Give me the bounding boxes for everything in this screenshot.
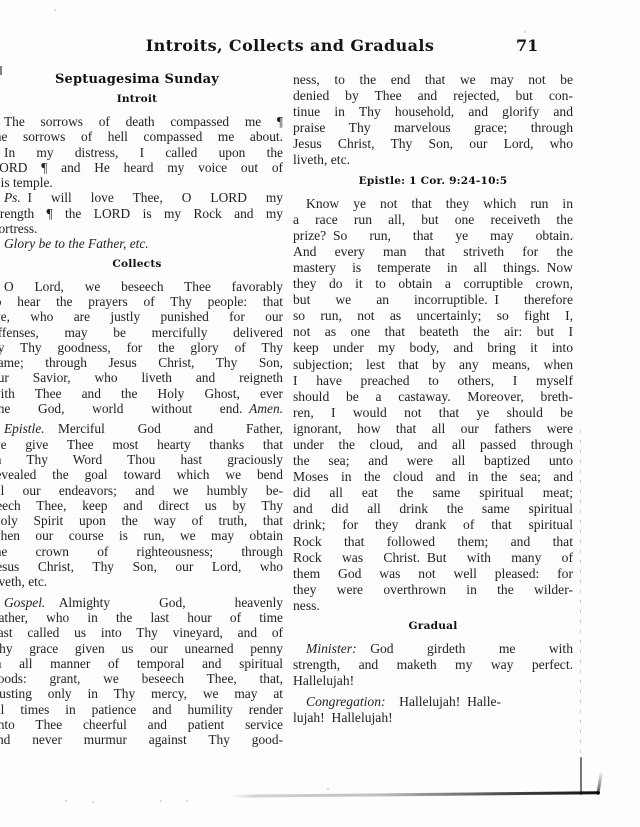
text-line: hast called us into Thy vineyard, and of [0,625,283,640]
text-line: so run, not as uncertainly; so fight I, [293,308,573,324]
text-line: but we an incorruptible. I therefore [293,292,573,308]
text-line: revealed the goal toward which we bend [0,467,283,482]
text-line: should be a castaway. Moreover, breth- [293,389,573,405]
scan-speck [524,31,526,33]
text-line: all times in patience and humility rende… [0,702,283,717]
text-line: our Savior, who liveth and reigneth [0,370,283,385]
column-left: Septuagesima SundayIntroitThe sorrows of… [0,72,283,748]
text-line: with Thee and the Holy Ghost, ever [0,386,283,401]
subheading: Introit [0,93,283,106]
text-line: we give Thee most hearty thanks that [0,437,283,452]
text-line: did all eat the same spiritual meat; [293,485,573,501]
paragraph: Congregation: Hallelujah! Halle-lujah! H… [293,694,573,726]
text-line: Thy grace given us our unearned penny [0,641,283,656]
text-line: all our endeavors; and we humbly be- [0,483,283,498]
text-line: prize? So run, that ye may obtain. [293,228,573,244]
text-line: under the cloud, and all passed through [293,437,573,453]
text-line: mastery is temperate in all things. Now [293,260,573,276]
text-line: them God was not well pleased: for [293,566,573,582]
text-line: ignorant, how that all our fathers were [293,421,573,437]
scan-speck [54,9,56,11]
text-line: name; through Jesus Christ, Thy Son, [0,355,283,370]
page-bottom-edge-shadow [232,791,600,798]
text-line: the sorrows of hell compassed me about. [0,129,283,144]
text-line: a race run all, but one receiveth the [293,212,573,228]
scan-speck [186,800,188,802]
text-line: keep under my body, and bring it into [293,340,573,356]
paragraph: The sorrows of death compassed me ¶the s… [0,114,283,252]
text-line: O Lord, we beseech Thee favorably [0,279,283,294]
text-line: LORD ¶ and He heard my voice out of [0,160,283,175]
text-line: Fortress. [0,221,283,236]
text-line: Jesus Christ, Thy Son, our Lord, who [293,136,573,152]
text-line: Holy Spirit upon the way of truth, that [0,513,283,528]
section-heading: Septuagesima Sunday [0,72,283,87]
text-line: and never murmur against Thy good- [0,732,283,747]
text-line: In my distress, I called upon the [0,145,283,160]
text-line: in all manner of temporal and spiritual [0,656,283,671]
text-line: His temple. [0,175,283,190]
text-line: Ps. I will love Thee, O LORD my [0,190,283,205]
text-line: lujah! Hallelujah! [293,710,573,726]
text-line: Know ye not that they which run in [293,196,573,212]
text-line: not as one that beateth the air: but I [293,324,573,340]
text-line: the sea; and were all baptized unto [293,453,573,469]
text-line: Glory be to the Father, etc. [0,236,283,251]
text-line: strength, and maketh my way perfect. [293,657,573,673]
book-page: Introits, Collects and Graduals 71 Septu… [0,0,640,827]
page-right-edge-line [580,430,581,758]
text-line: praise Thy marvelous grace; through [293,120,573,136]
text-line: trusting only in Thy mercy, we may at [0,686,283,701]
scan-speck [92,801,94,803]
text-line: drink; for they drank of that spiritual [293,517,573,533]
text-line: unto Thee cheerful and patient service [0,717,283,732]
text-line: offenses, may be mercifully delivered [0,325,283,340]
text-line: And every man that striveth for the [293,244,573,260]
text-line: Minister: God girdeth me with [293,641,573,657]
text-line: when our course is run, we may obtain [0,528,283,543]
page-right-edge-dark-segment [580,757,582,795]
text-line: strength ¶ the LORD is my Rock and my [0,206,283,221]
text-line: and did all drink the same spiritual [293,501,573,517]
text-line: Rock was Christ. But with many of [293,550,573,566]
paragraph: ness, to the end that we may not bedenie… [293,72,573,169]
text-line: goods: grant, we beseech Thee, that, [0,671,283,686]
text-line: Gospel. Almighty God, heavenly [0,595,283,610]
paragraph: Epistle. Merciful God and Father,we give… [0,421,283,589]
text-line: The sorrows of death compassed me ¶ [0,114,283,129]
text-line: one God, world without end. Amen. [0,401,283,416]
text-line: denied by Thee and rejected, but con- [293,88,573,104]
text-line: Epistle. Merciful God and Father, [0,421,283,436]
scan-speck [160,800,162,802]
subheading: Epistle: 1 Cor. 9:24-10:5 [293,175,573,188]
paragraph: Know ye not that they which run ina race… [293,196,573,614]
text-line: I have preached to others, I myself [293,373,573,389]
text-line: they do it to obtain a corruptible crown… [293,276,573,292]
text-line: in Thy Word Thou hast graciously [0,452,283,467]
text-line: the crown of righteousness; through [0,544,283,559]
column-right: ness, to the end that we may not bedenie… [293,72,573,748]
text-line: seech Thee, keep and direct us by Thy [0,498,283,513]
page-header: Introits, Collects and Graduals 71 [0,36,580,60]
text-line: Moses in the cloud and in the sea; and [293,469,573,485]
scan-speck [572,237,574,239]
text-line: to hear the prayers of Thy people: that [0,294,283,309]
scan-speck [65,800,67,802]
text-line: Hallelujah! [293,673,573,689]
text-line: Jesus Christ, Thy Son, our Lord, who [0,559,283,574]
text-line: Rock that followed them; and that [293,534,573,550]
text-line: Father, who in the last hour of time [0,610,283,625]
page-corner-edge-shadow [596,772,603,795]
text-line: liveth, etc. [0,574,283,589]
text-line: by Thy goodness, for the glory of Thy [0,340,283,355]
text-line: we, who are justly punished for our [0,309,283,324]
subheading: Collects [0,258,283,271]
page-number: 71 [516,36,538,55]
paragraph: Minister: God girdeth me withstrength, a… [293,641,573,689]
text-line: liveth, etc. [293,152,573,168]
scan-speck [327,788,329,790]
text-line: tinue in Thy household, and glorify and [293,104,573,120]
paragraph: Gospel. Almighty God, heavenlyFather, wh… [0,595,283,748]
page-header-title: Introits, Collects and Graduals [0,36,580,55]
paragraph: O Lord, we beseech Thee favorablyto hear… [0,279,283,417]
text-line: Congregation: Hallelujah! Halle- [293,694,573,710]
text-line: ness, to the end that we may not be [293,72,573,88]
text-line: ren, I would not that ye should be [293,405,573,421]
scan-margin-mark [0,66,2,75]
text-line: ness. [293,598,573,614]
text-line: subjection; lest that by any means, when [293,357,573,373]
text-columns: Septuagesima SundayIntroitThe sorrows of… [0,72,640,748]
subheading: Gradual [293,620,573,633]
text-line: they were overthrown in the wilder- [293,582,573,598]
